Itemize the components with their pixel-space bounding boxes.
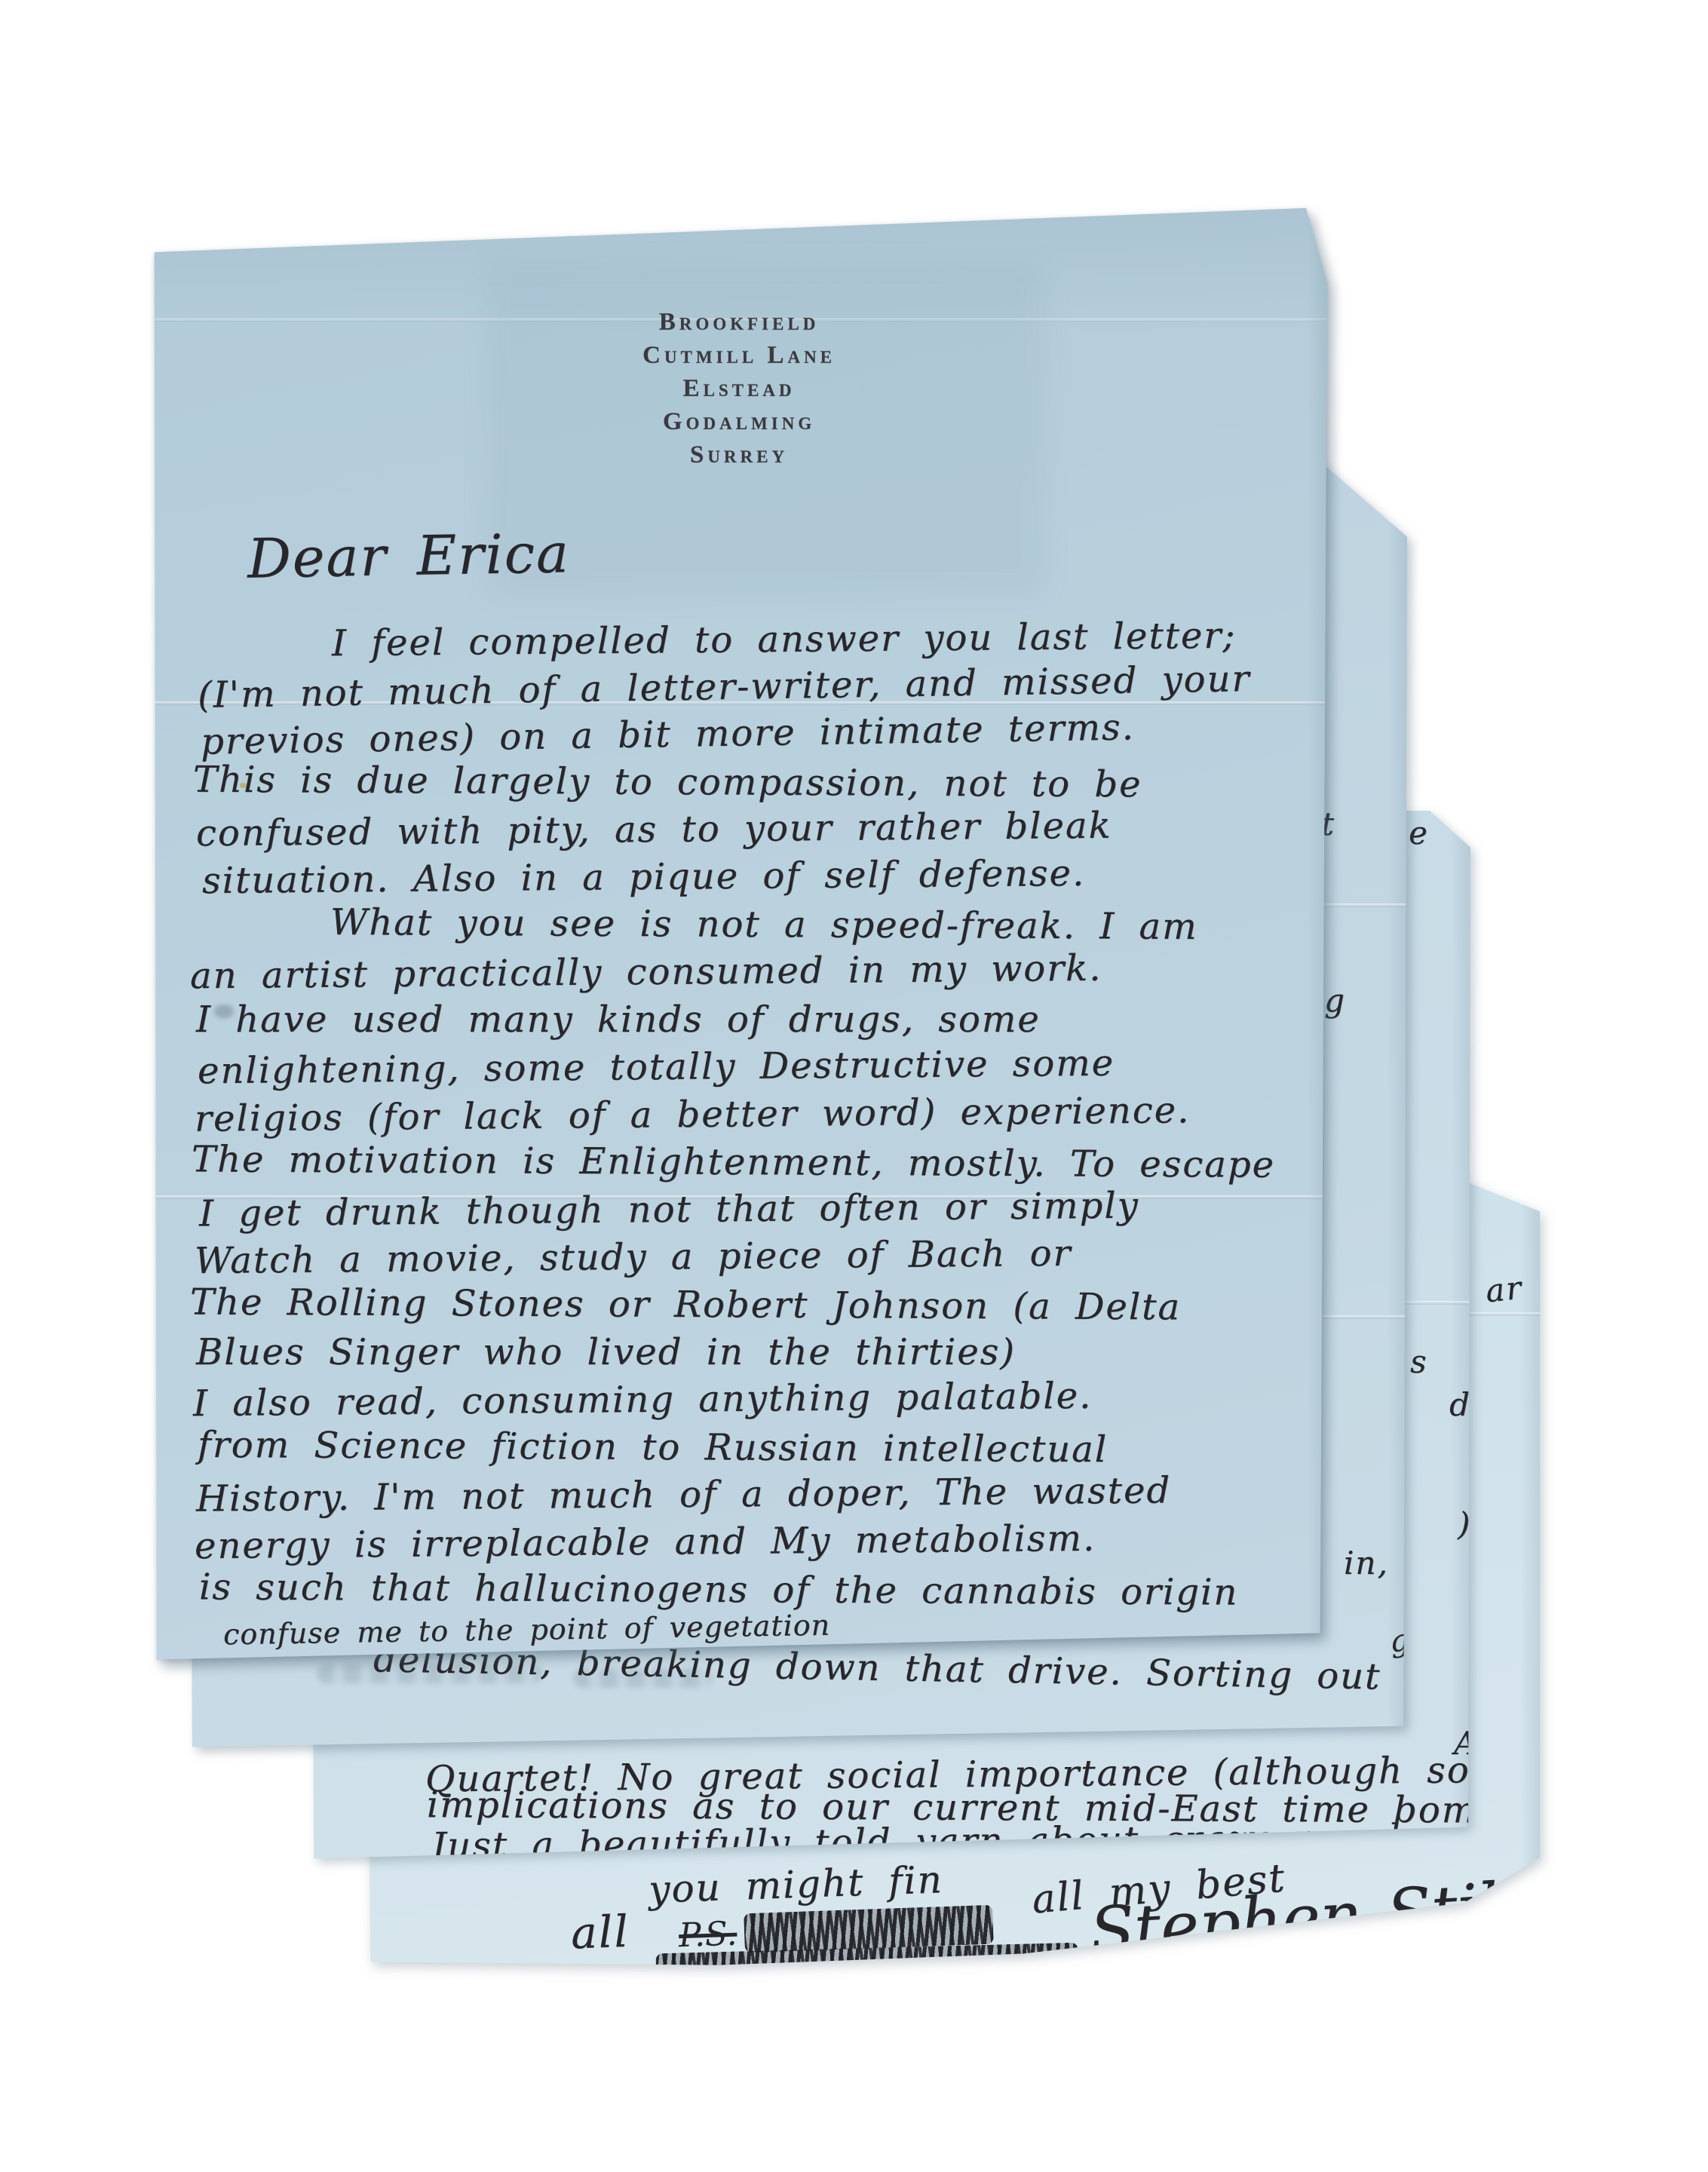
body-line: History. I'm not much of a doper, The wa… — [196, 1469, 1172, 1520]
body-line: from Science fiction to Russian intellec… — [198, 1424, 1108, 1471]
body-line: situation. Also in a pique of self defen… — [202, 852, 1086, 902]
letterhead-line: Surrey — [151, 438, 1327, 471]
body-line: is such that hallucinogens of the cannab… — [199, 1566, 1239, 1613]
body-line: enlightening, some totally Destructive s… — [198, 1042, 1115, 1093]
body-line: religios (for lack of a better word) exp… — [195, 1089, 1191, 1140]
body-line: I feel compelled to answer you last lett… — [332, 615, 1237, 664]
letterhead-line: Godalming — [151, 405, 1327, 438]
sheet-1: Brookfield Cutmill Lane Elstead Godalmin… — [151, 204, 1327, 1674]
body-line: previos ones) on a bit more intimate ter… — [201, 706, 1136, 762]
body-line: Watch a movie, study a piece of Bach or — [195, 1232, 1072, 1282]
body-line: This is due largely to compassion, not t… — [193, 759, 1142, 806]
body-line: confused with pity, as to your rather bl… — [196, 805, 1112, 855]
body-line: What you see is not a speed-freak. I am — [330, 901, 1198, 948]
body-line: The Rolling Stones or Robert Johnson (a … — [190, 1281, 1181, 1329]
sheet-1-wrap: Brookfield Cutmill Lane Elstead Godalmin… — [0, 0, 1708, 2172]
salutation: Dear Erica — [247, 521, 570, 590]
body-line: I have used many kinds of drugs, some — [196, 999, 1041, 1041]
body-line: The motivation is Enlightenment, mostly.… — [192, 1138, 1275, 1186]
letterhead: Brookfield Cutmill Lane Elstead Godalmin… — [151, 305, 1327, 471]
letterhead-line: Elstead — [151, 372, 1327, 405]
body-line: confuse me to the point of vegetation — [223, 1609, 831, 1652]
body-line: energy is irreplacable and My metabolism… — [195, 1517, 1096, 1567]
letterhead-line: Brookfield — [151, 305, 1327, 339]
letter-photograph: ar you might fin all P.S. all my best St… — [0, 0, 1708, 2172]
body-line: I get drunk though not that often or sim… — [199, 1185, 1139, 1235]
body-line: Blues Singer who lived in the thirties) — [196, 1331, 1016, 1373]
letterhead-line: Cutmill Lane — [151, 339, 1327, 372]
body-line: an artist practically consumed in my wor… — [190, 947, 1102, 998]
body-line: I also read, consuming anything palatabl… — [193, 1375, 1093, 1425]
